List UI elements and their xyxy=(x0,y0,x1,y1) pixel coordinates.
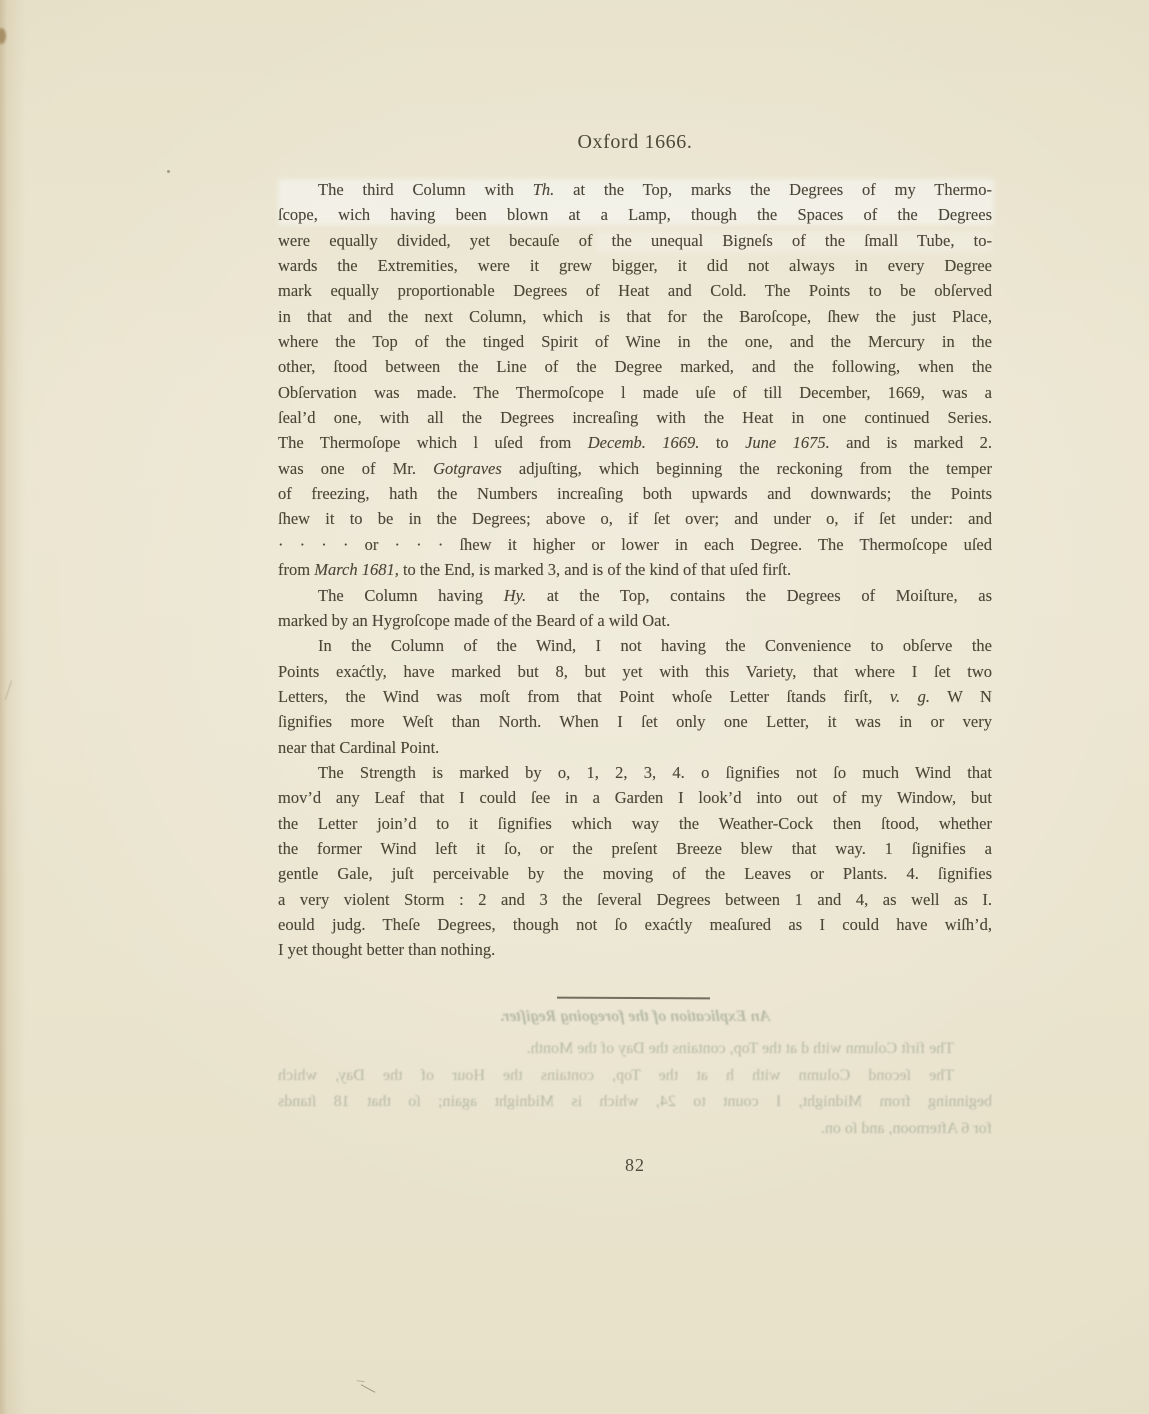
bleedthrough-line: for 6 Afternoon, and ſo on. xyxy=(278,1116,992,1143)
text-line: In the Column of the Wind, I not having … xyxy=(278,633,992,658)
text-line: a very violent Storm : 2 and 3 the ſever… xyxy=(278,887,992,912)
text-line: near that Cardinal Point. xyxy=(278,735,992,760)
text-line: The Column having Hy. at the Top, contai… xyxy=(278,583,992,608)
text-line: where the Top of the tinged Spirit of Wi… xyxy=(278,329,992,354)
text-line: the Letter join’d to it ſignifies which … xyxy=(278,811,992,836)
text-line: in that and the next Column, which is th… xyxy=(278,304,992,329)
text-line: from March 1681, to the End, is marked 3… xyxy=(278,557,992,582)
text-line: gentle Gale, juſt perceivable by the mov… xyxy=(278,861,992,886)
text-line: ſhew it to be in the Degrees; above o, i… xyxy=(278,506,992,531)
text-line: · · · · or · · · ſhew it higher or lower… xyxy=(278,532,992,557)
page-edge-blemish xyxy=(0,28,6,44)
text-line: Points exaćtly, have marked but 8, but y… xyxy=(278,659,992,684)
text-line: wards the Extremities, were it grew bigg… xyxy=(278,253,992,278)
text-line: The third Column with Th. at the Top, ma… xyxy=(278,177,992,202)
paper-speck xyxy=(167,170,170,173)
text-line: ſeal’d one, with all the Degrees increaſ… xyxy=(278,405,992,430)
text-line: eould judg. Theſe Degrees, though not ſo… xyxy=(278,912,992,937)
text-line: ſignifies more Weſt than North. When I ſ… xyxy=(278,709,992,734)
text-line: I yet thought better than nothing. xyxy=(278,937,992,962)
text-line: The Thermoſope which l uſed from Decemb.… xyxy=(278,430,992,455)
text-line: The Strength is marked by o, 1, 2, 3, 4.… xyxy=(278,760,992,785)
page-number: 82 xyxy=(278,1155,992,1176)
bleedthrough-line: The ſecond Column with h at the Top, con… xyxy=(278,1063,992,1090)
text-line: Letters, the Wind was moſt from that Poi… xyxy=(278,684,992,709)
text-line: was one of Mr. Gotgraves adjuſting, whic… xyxy=(278,456,992,481)
bleedthrough-line: beginning from Midnight, I count to 24, … xyxy=(278,1089,992,1116)
book-page: Oxford 1666. The third Column with Th. a… xyxy=(0,0,1149,1414)
text-line: other, ſtood between the Line of the Deg… xyxy=(278,354,992,379)
bleedthrough-text: An Explication of the foregoing Regiſter… xyxy=(278,1004,992,1142)
body-text-column: The third Column with Th. at the Top, ma… xyxy=(278,177,992,963)
text-line: the former Wind left it ſo, or the preſe… xyxy=(278,836,992,861)
text-line: Obſervation was made. The Thermoſcope l … xyxy=(278,380,992,405)
text-line: mark equally proportionable Degrees of H… xyxy=(278,278,992,303)
text-line: ſcope, wich having been blown at a Lamp,… xyxy=(278,202,992,227)
running-head: Oxford 1666. xyxy=(278,131,992,154)
bleedthrough-line: The firſt Column with d at the Top, cont… xyxy=(278,1036,992,1063)
section-divider-rule xyxy=(557,997,710,1000)
text-line: were equally divided, yet becauſe of the… xyxy=(278,228,992,253)
text-line: of freezing, hath the Numbers increaſing… xyxy=(278,481,992,506)
bleedthrough-heading: An Explication of the foregoing Regiſter… xyxy=(278,1004,992,1029)
margin-mark xyxy=(5,680,12,699)
text-line: marked by an Hygroſcope made of the Bear… xyxy=(278,608,992,633)
pencil-mark xyxy=(361,1384,376,1392)
text-line: mov’d any Leaf that I could ſee in a Gar… xyxy=(278,785,992,810)
